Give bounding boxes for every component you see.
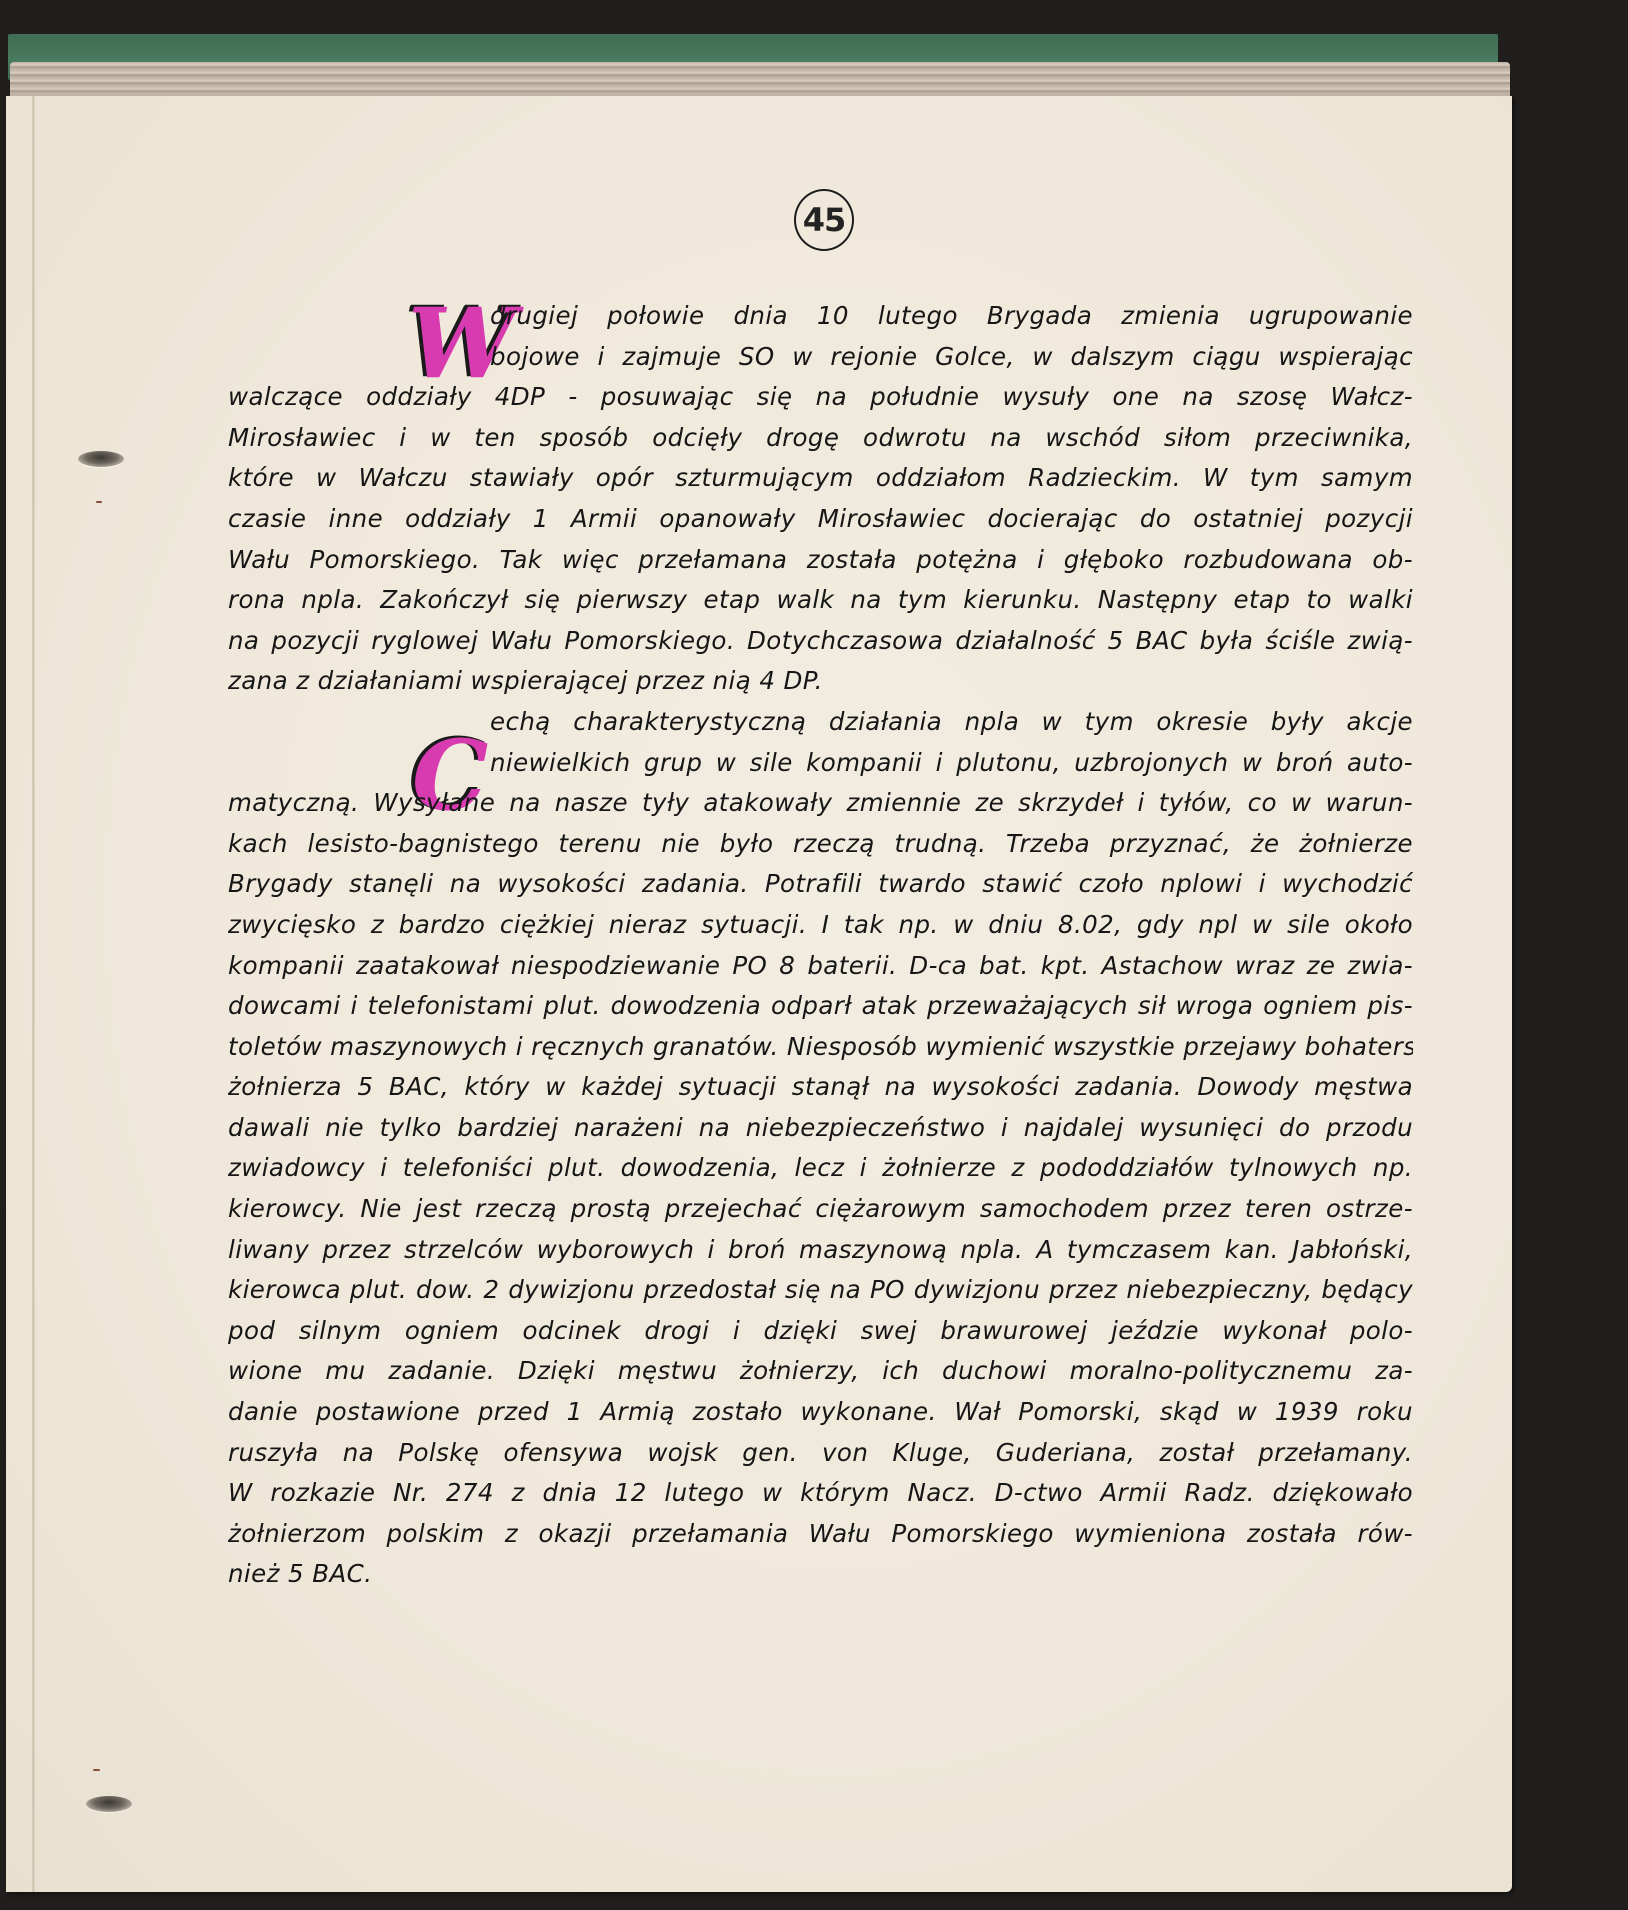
text-line: wione mu zadanie. Dzięki męstwu żołnierz…	[228, 1351, 1413, 1392]
text-line: Wału Pomorskiego. Tak więc przełamana zo…	[228, 540, 1413, 581]
text-line: dowcami i telefonistami plut. dowodzenia…	[228, 986, 1413, 1027]
text-line: dawali nie tylko bardziej narażeni na ni…	[228, 1108, 1413, 1149]
punch-hole-top	[78, 451, 124, 467]
text-line: danie postawione przed 1 Armią zostało w…	[228, 1392, 1413, 1433]
text-line: Brygady stanęli na wysokości zadania. Po…	[228, 864, 1413, 905]
handwritten-text-body: drugiej połowie dnia 10 lutego Brygada z…	[228, 296, 1413, 1595]
text-line: drugiej połowie dnia 10 lutego Brygada z…	[228, 296, 1413, 337]
text-line: niewielkich grup w sile kompanii i pluto…	[228, 743, 1413, 784]
paragraph-2: echą charakterystyczną działania npla w …	[228, 702, 1413, 1595]
text-line: pod silnym ogniem odcinek drogi i dzięki…	[228, 1311, 1413, 1352]
text-line: kach lesisto-bagnistego terenu nie było …	[228, 824, 1413, 865]
paper-speck	[93, 1769, 100, 1771]
text-line: które w Wałczu stawiały opór szturmujący…	[228, 458, 1413, 499]
text-line: W rozkazie Nr. 274 z dnia 12 lutego w kt…	[228, 1473, 1413, 1514]
text-line: liwany przez strzelców wyborowych i broń…	[228, 1230, 1413, 1271]
paragraph-1: drugiej połowie dnia 10 lutego Brygada z…	[228, 296, 1413, 702]
text-line: zwycięsko z bardzo ciężkiej nieraz sytua…	[228, 905, 1413, 946]
page-number: 45	[794, 189, 854, 251]
text-line: walczące oddziały 4DP - posuwając się na…	[228, 377, 1413, 418]
text-line: matyczną. Wysyłane na nasze tyły atakowa…	[228, 783, 1413, 824]
text-line: nież 5 BAC.	[228, 1554, 1413, 1595]
text-line: kierowcy. Nie jest rzeczą prostą przejec…	[228, 1189, 1413, 1230]
punch-hole-bottom	[86, 1796, 132, 1812]
binding-fold	[32, 96, 35, 1892]
text-line: kompanii zaatakował niespodziewanie PO 8…	[228, 946, 1413, 987]
text-line: bojowe i zajmuje SO w rejonie Golce, w d…	[228, 337, 1413, 378]
text-line: czasie inne oddziały 1 Armii opanowały M…	[228, 499, 1413, 540]
text-line: ruszyła na Polskę ofensywa wojsk gen. vo…	[228, 1433, 1413, 1474]
text-line: żołnierza 5 BAC, który w każdej sytuacji…	[228, 1067, 1413, 1108]
text-line: żołnierzom polskim z okazji przełamania …	[228, 1514, 1413, 1555]
text-line: na pozycji ryglowej Wału Pomorskiego. Do…	[228, 621, 1413, 662]
paper-speck	[96, 501, 102, 503]
text-line: echą charakterystyczną działania npla w …	[228, 702, 1413, 743]
text-line: Mirosławiec i w ten sposób odcięły drogę…	[228, 418, 1413, 459]
text-line: toletów maszynowych i ręcznych granatów.…	[228, 1027, 1413, 1068]
text-line: zwiadowcy i telefoniści plut. dowodzenia…	[228, 1148, 1413, 1189]
text-line: kierowca plut. dow. 2 dywizjonu przedost…	[228, 1270, 1413, 1311]
text-line: zana z działaniami wspierającej przez ni…	[228, 661, 1413, 702]
text-line: rona npla. Zakończył się pierwszy etap w…	[228, 580, 1413, 621]
